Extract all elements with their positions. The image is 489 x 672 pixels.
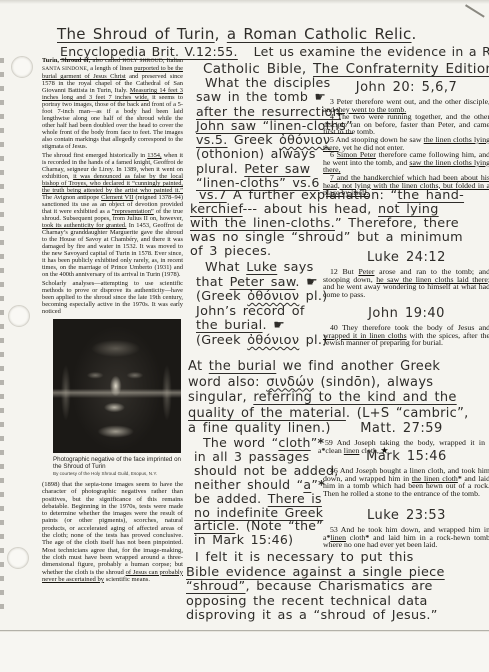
- verse: 5 And stooping down he saw the linen clo…: [323, 136, 489, 151]
- verse: 12 But Peter arose and ran to the tomb; …: [323, 268, 489, 298]
- handwritten-line: (Greek ὀθόνιον pl.): [196, 334, 328, 349]
- scripture-reference: John 20: 5,6,7: [323, 80, 489, 95]
- scripture-clipping-luke-24-12: Luke 24:12 12 But Peter arose and ran to…: [323, 250, 489, 298]
- scripture-clipping-john-20: John 20: 5,6,7 3 Peter therefore went ou…: [323, 80, 489, 197]
- scripture-reference: John 19:40: [323, 306, 489, 321]
- verse: 53 And he took him down, and wrapped him…: [323, 526, 489, 549]
- punch-hole: [7, 547, 29, 569]
- handwritten-line: singular, referring to the kind and the: [188, 390, 469, 406]
- handwritten-line: disproving it as a “shroud of Jesus.”: [186, 609, 445, 624]
- scripture-clipping-mark-15-46: Mark 15:46 46 And Joseph bought a linen …: [323, 449, 489, 497]
- handwritten-line: neither should “a”*: [194, 478, 339, 492]
- verse: 4 The two were running together, and the…: [323, 113, 489, 136]
- scripture-reference: Luke 23:53: [323, 508, 489, 523]
- note-verse-7-explanation: vs.7 A further explanation: “the hand-ke…: [190, 189, 464, 259]
- handwritten-line: word also: σινδών (sindōn), always: [188, 375, 469, 391]
- punch-hole: [11, 56, 33, 78]
- verse: 46 And Joseph bought a linen cloth, and …: [323, 467, 489, 497]
- handwritten-line: that Peter saw. ☛: [196, 276, 328, 291]
- verse: 3 Peter therefore went out, and the othe…: [323, 98, 489, 113]
- scripture-clipping-luke-23-53: Luke 23:53 53 And he took him down, and …: [323, 508, 489, 549]
- handwritten-line: Bible evidence against a single piece: [186, 566, 445, 581]
- handwritten-line: I felt it is necessary to put this: [186, 551, 445, 566]
- page-bottom-edge: [0, 630, 489, 672]
- scanned-document-page: The Shroud of Turin, a Roman Catholic Re…: [0, 0, 489, 672]
- note-word-cloth: The word “cloth”*in all 3 passagesshould…: [194, 436, 339, 547]
- handwritten-line: article. (Note “the”: [194, 519, 339, 533]
- handwritten-line: be added. There is: [194, 492, 339, 506]
- note-what-luke-says: What Luke saysthat Peter saw. ☛(Greek ὀθ…: [196, 261, 328, 349]
- handwritten-line: vs.7 A further explanation: “the hand-: [190, 189, 464, 203]
- page-top-edge: [0, 0, 489, 4]
- shroud-face-photo: [53, 319, 181, 453]
- handwritten-line: kerchief--- about his head, not lying: [190, 203, 464, 217]
- handwritten-line: What Luke says: [196, 261, 328, 276]
- handwritten-line: quality of the material. (L+S “cambric”,: [188, 406, 469, 422]
- handwritten-line: “shroud”, because Charismatics are: [186, 580, 445, 595]
- handwritten-line: in all 3 passages: [194, 450, 339, 464]
- handwritten-line: (Greek ὀθόνιον pl.): [196, 290, 328, 305]
- scripture-reference: Mark 15:46: [323, 449, 489, 464]
- handwritten-line: was no single “shroud” but a minimum: [190, 231, 464, 245]
- handwritten-line: The word “cloth”*: [194, 436, 339, 450]
- pointing-hand-icon: ☛: [273, 318, 284, 333]
- handwritten-line: in Mark 15:46): [194, 533, 339, 547]
- punch-hole: [8, 305, 30, 327]
- handwritten-line: opposing the recent technical data: [186, 595, 445, 610]
- clipping-paragraph-2: The shroud first emerged historically in…: [42, 152, 183, 278]
- photo-caption: Photographic negative of the face imprin…: [53, 456, 181, 470]
- handwritten-line: John’s record of: [196, 305, 328, 320]
- handwritten-line: should not be added,: [194, 464, 339, 478]
- handwritten-line: with the linen-cloths.” Therefore, there: [190, 217, 464, 231]
- scripture-reference: Matt. 27:59: [318, 421, 485, 436]
- asterisk-mark: *: [318, 435, 325, 450]
- left-edge-binding-marks: [0, 58, 4, 610]
- note-conclusion: I felt it is necessary to put thisBible …: [186, 551, 445, 624]
- page-title: The Shroud of Turin, a Roman Catholic Re…: [57, 25, 417, 43]
- pen-mark: [465, 4, 484, 17]
- handwritten-line: At the burial we find another Greek: [188, 359, 469, 375]
- verse: 40 They therefore took the body of Jesus…: [323, 324, 489, 347]
- verse: 6 Simon Peter therefore came following h…: [323, 151, 489, 174]
- photo-credit: By courtesy of the Holy Shroud Guild, Es…: [53, 471, 183, 476]
- pointing-hand-icon: ☛: [306, 275, 317, 290]
- encyclopedia-clipping: Turin, Shroud of, also called HOLY SHROU…: [42, 57, 183, 585]
- clipping-paragraph-4: (1898) that the sepia-tone images seem t…: [42, 481, 183, 583]
- handwritten-line: the burial. ☛: [196, 319, 328, 334]
- clipping-paragraph-3: Scholarly analyses—attempting to use sci…: [42, 280, 183, 315]
- scripture-clipping-john-19-40: John 19:40 40 They therefore took the bo…: [323, 306, 489, 347]
- scripture-reference: Luke 24:12: [323, 250, 489, 265]
- clipping-paragraph-1: Turin, Shroud of, also called HOLY SHROU…: [42, 57, 183, 150]
- handwritten-line: no indefinite Greek: [194, 506, 339, 520]
